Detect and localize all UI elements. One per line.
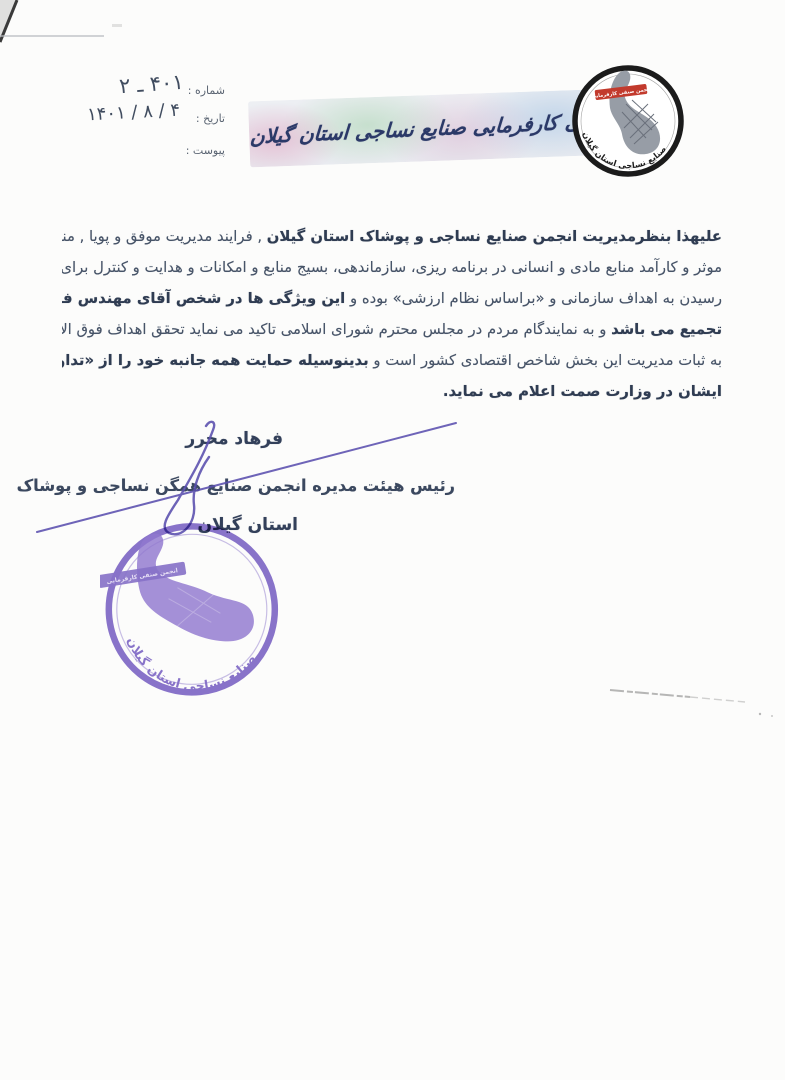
body-segment: به ثبات مدیریت این بخش شاخص اقتصادی کشور… (369, 352, 722, 369)
association-stamp: انجمن صنفی کارفرمایی صنایع نساجی استان گ… (100, 516, 290, 706)
scratch-mark (600, 678, 785, 728)
body-line: موثر و کارآمد منابع مادی و انسانی در برن… (62, 252, 722, 283)
scan-smudge-artifact (112, 24, 122, 27)
body-segment: و به نمایندگام مردم در مجلس محترم شورای … (62, 321, 611, 338)
letter-body: علیهذا بنظرمدیریت انجمن صنایع نساجی و پو… (62, 221, 722, 407)
letter-number-handwritten: ۴۰۱ ـ ۲ (119, 70, 185, 98)
body-segment: موثر و کارآمد منابع مادی و انسانی در برن… (62, 259, 722, 276)
body-line: تجمیع می باشد و به نمایندگام مردم در مجل… (62, 314, 722, 345)
body-segment: رسیدن به اهداف سازمانی و «براساس نظام ار… (345, 290, 722, 307)
association-logo-icon: انجمن صنفی کارفرمایی صنایع نساجی استان گ… (568, 60, 688, 180)
body-segment: علیهذا بنظرمدیریت انجمن صنایع نساجی و پو… (267, 228, 722, 245)
body-line: ایشان در وزارت صمت اعلام می نماید. (62, 376, 722, 407)
body-line: به ثبات مدیریت این بخش شاخص اقتصادی کشور… (62, 345, 722, 376)
body-segment: تجمیع می باشد (611, 321, 722, 338)
date-field-label: تاریخ : (196, 112, 225, 125)
body-segment: ایشان در وزارت صمت اعلام می نماید. (443, 383, 722, 400)
scan-corner-fold-mark (0, 0, 30, 60)
body-segment: , فرایند مدیریت موفق و پویا , منوط به بک… (62, 228, 267, 245)
attachment-field-label: پیوست : (186, 144, 225, 157)
number-field-label: شماره : (188, 84, 225, 97)
body-segment: این ویژگی ها در شخص آقای مهندس فاطمی امی… (62, 290, 345, 307)
letter-date-handwritten: ۱۴۰۱ / ۸ / ۴ (86, 100, 180, 126)
scanned-letter-page: شماره : تاریخ : پیوست : ۴۰۱ ـ ۲ ۱۴۰۱ / ۸… (0, 0, 785, 1080)
scan-line-artifact (0, 35, 104, 37)
body-segment: بدینوسیله حمایت همه جانبه خود را از «تدا… (62, 352, 369, 369)
body-line: علیهذا بنظرمدیریت انجمن صنایع نساجی و پو… (62, 221, 722, 252)
body-line: رسیدن به اهداف سازمانی و «براساس نظام ار… (62, 283, 722, 314)
